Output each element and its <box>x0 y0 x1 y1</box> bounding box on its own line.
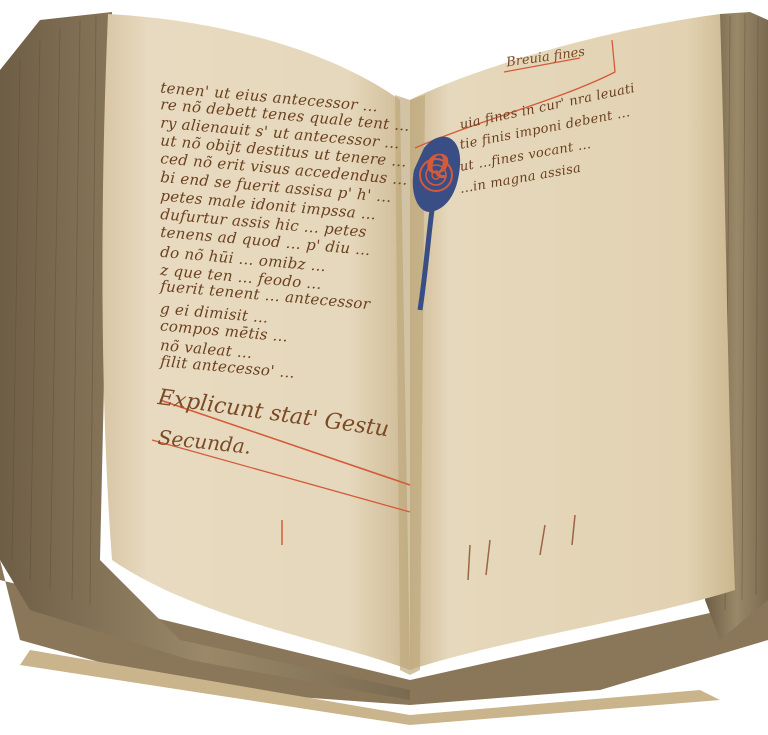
manuscript-photo: tenen' ut eius antecessor ... re nõ debe… <box>0 0 768 735</box>
initial-letter: Q <box>426 150 449 180</box>
left-page-text: tenen' ut eius antecessor ... re nõ debe… <box>160 82 410 382</box>
right-page-text: uia fines in cur' nra leuati tie finis i… <box>440 110 680 530</box>
